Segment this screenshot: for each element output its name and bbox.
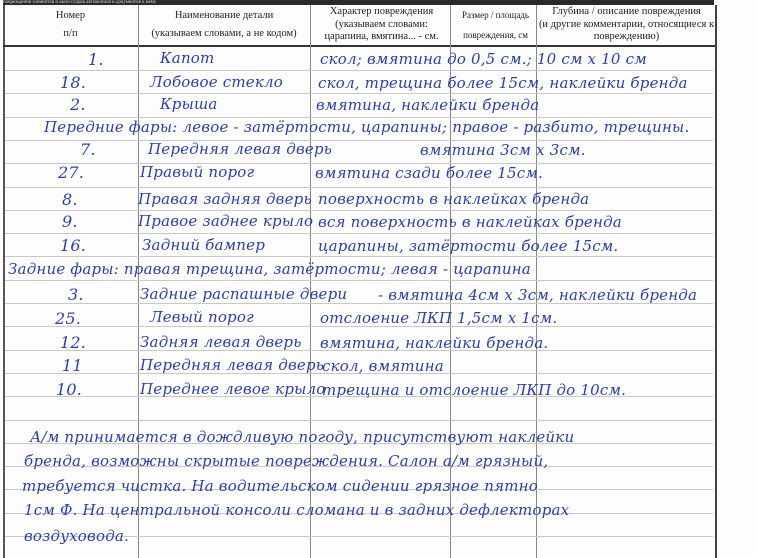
row-number: 8. xyxy=(62,190,78,209)
row-part: Передняя левая дверь xyxy=(148,140,332,158)
row-description: трещина и отслоение ЛКП до 10см. xyxy=(322,381,626,399)
row-description: вмятина 3см х 3см. xyxy=(420,141,586,159)
row-number: 1. xyxy=(88,50,104,69)
row-number: 12. xyxy=(60,333,86,352)
row-number: 10. xyxy=(56,380,82,399)
ruled-line xyxy=(5,140,713,141)
column-divider xyxy=(138,5,139,558)
header-number: Номер п/п xyxy=(3,5,138,45)
row-part-wide: Передние фары: левое - затёртости, царап… xyxy=(44,118,689,136)
row-part: Левый порог xyxy=(150,308,254,326)
row-description: вмятина, наклейки бренда. xyxy=(320,334,548,352)
row-part: Лобовое стекло xyxy=(150,73,283,91)
row-description: царапины, затёртости более 15см. xyxy=(318,237,618,255)
row-part-wide: Задние фары: правая трещина, затёртости;… xyxy=(8,260,531,278)
row-description: скол, трещина более 15см, наклейки бренд… xyxy=(318,74,688,92)
row-description: вмятина сзади более 15см. xyxy=(315,164,543,182)
ruled-line xyxy=(5,233,713,234)
row-description: - вмятина 4см х 3см, наклейки бренда xyxy=(378,286,697,304)
column-divider xyxy=(310,5,311,558)
row-description: скол; вмятина до 0,5 см.; 10 см х 10 см xyxy=(320,50,647,68)
row-number: 16. xyxy=(60,236,86,255)
row-part: Переднее левое крыло xyxy=(140,380,326,398)
note-line: воздуховода. xyxy=(24,527,129,545)
row-description: скол, вмятина xyxy=(322,357,444,375)
header-damage-type: Характер повреждения (указываем словами:… xyxy=(310,5,453,45)
note-line: 1см Ф. На центральной консоли сломана и … xyxy=(24,501,569,519)
row-part: Передняя левая дверь xyxy=(140,356,324,374)
header-part-name: Наименование детали (указываем словами, … xyxy=(138,5,310,45)
ruled-line xyxy=(5,187,713,188)
ruled-line xyxy=(5,70,713,71)
ruled-line xyxy=(5,280,713,281)
row-number: 27. xyxy=(58,163,84,182)
row-description: вся поверхность в наклейках бренда xyxy=(318,213,622,231)
note-line: требуется чистка. На водительском сидени… xyxy=(22,477,538,495)
table-header: Номер п/п Наименование детали (указываем… xyxy=(3,5,715,47)
row-part: Правый порог xyxy=(140,163,254,181)
row-description: вмятина, наклейки бренда xyxy=(316,96,539,114)
row-part: Крыша xyxy=(160,95,218,113)
row-description: поверхность в наклейках бренда xyxy=(318,190,589,208)
row-number: 25. xyxy=(55,309,81,328)
row-description: отслоение ЛКП 1,5см х 1см. xyxy=(320,309,557,327)
row-part: Правая задняя дверь xyxy=(138,190,312,208)
ruled-line xyxy=(5,420,713,421)
header-size: Размер / площадь повреждения, см xyxy=(453,5,538,45)
note-line: бренда, возможны скрытые повреждения. Са… xyxy=(24,452,548,470)
row-part: Задний бампер xyxy=(142,236,265,254)
row-part: Капот xyxy=(160,49,214,67)
ruled-line xyxy=(5,256,713,257)
row-part: Задние распашные двери xyxy=(140,285,347,303)
note-line: А/м принимается в дождливую погоду, прис… xyxy=(30,428,574,446)
inspection-sheet: повреждения элементов и аксессуаров авто… xyxy=(0,0,757,558)
ruled-line xyxy=(5,93,713,94)
row-number: 11 xyxy=(62,356,83,375)
row-number: 7. xyxy=(80,140,96,159)
row-part: Задняя левая дверь xyxy=(140,333,302,351)
header-depth-description: Глубина / описание повреждения (и другие… xyxy=(538,5,715,45)
row-number: 3. xyxy=(68,285,84,304)
row-number: 18. xyxy=(60,73,86,92)
row-part: Правое заднее крыло xyxy=(138,212,313,230)
ruled-line xyxy=(5,210,713,211)
row-number: 9. xyxy=(62,212,78,231)
row-number: 2. xyxy=(70,95,86,114)
